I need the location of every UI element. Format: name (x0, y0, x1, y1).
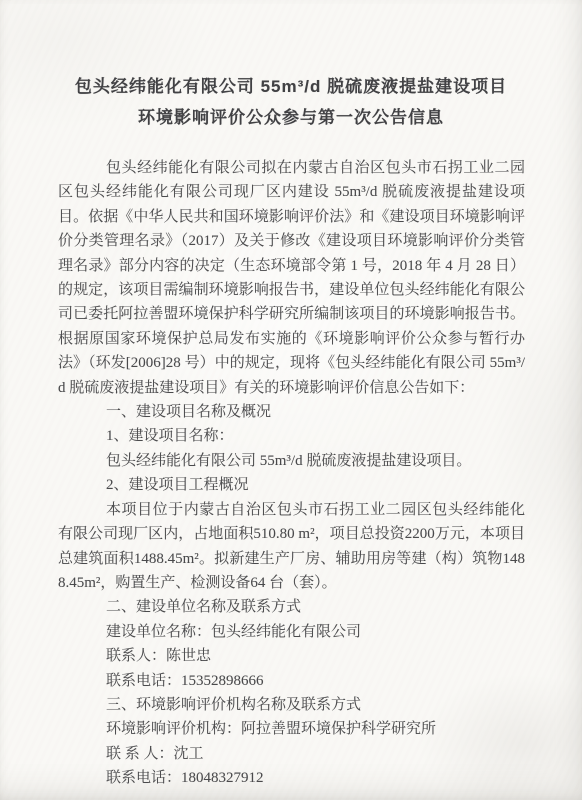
scanned-announcement-page: 包头经纬能化有限公司 55m³/d 脱硫废液提盐建设项目 环境影响评价公众参与第… (0, 0, 582, 800)
construction-unit-name-line: 建设单位名称：包头经纬能化有限公司 (58, 620, 525, 644)
document-title-line-2: 环境影响评价公众参与第一次公告信息 (0, 102, 582, 133)
section-1-item-1-label: 1、建设项目名称： (58, 424, 525, 448)
section-2-heading: 二、建设单位名称及联系方式 (58, 595, 525, 619)
eia-agency-line: 环境影响评价机构：阿拉善盟环境保护科学研究所 (58, 717, 525, 741)
construction-unit-phone-line: 联系电话：15352898666 (58, 669, 525, 693)
eia-contact-person-line: 联 系 人：沈工 (58, 742, 525, 766)
section-1-heading: 一、建设项目名称及概况 (58, 400, 525, 424)
document-body: 包头经纬能化有限公司拟在内蒙古自治区包头市石拐工业二园区包头经纬能化有限公司现厂… (58, 156, 525, 791)
section-3-heading: 三、环境影响评价机构名称及联系方式 (58, 693, 525, 717)
construction-unit-contact-person-line: 联系人：陈世忠 (58, 644, 525, 668)
document-title: 包头经纬能化有限公司 55m³/d 脱硫废液提盐建设项目 环境影响评价公众参与第… (0, 71, 582, 133)
section-1-item-2-label: 2、建设项目工程概况 (58, 473, 525, 497)
project-overview-paragraph: 本项目位于内蒙古自治区包头市石拐工业二园区包头经纬能化有限公司现厂区内，占地面积… (58, 498, 525, 596)
intro-paragraph: 包头经纬能化有限公司拟在内蒙古自治区包头市石拐工业二园区包头经纬能化有限公司现厂… (58, 156, 525, 400)
eia-phone-line: 联系电话：18048327912 (58, 766, 525, 790)
document-title-line-1: 包头经纬能化有限公司 55m³/d 脱硫废液提盐建设项目 (0, 71, 582, 102)
project-name-line: 包头经纬能化有限公司 55m³/d 脱硫废液提盐建设项目。 (58, 449, 525, 473)
